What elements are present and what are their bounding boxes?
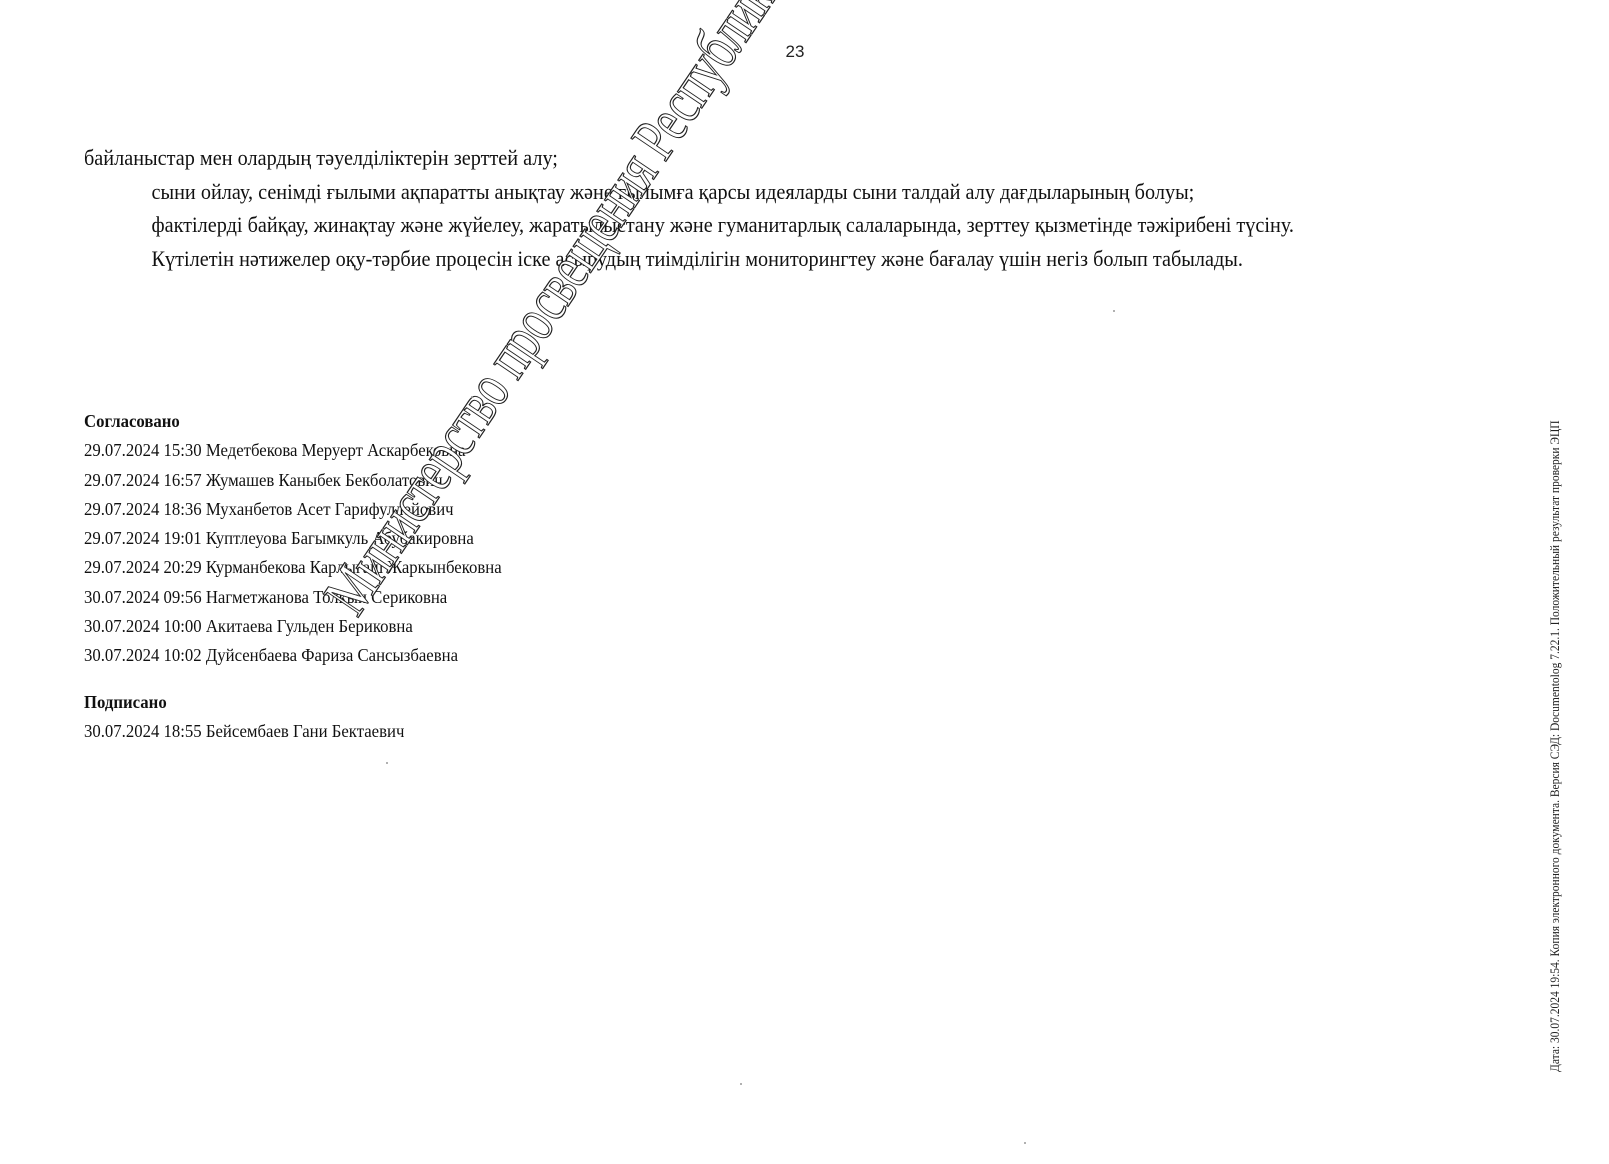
document-body: байланыстар мен олардың тәуелділіктерін … (84, 141, 1372, 275)
approval-entry: 29.07.2024 20:29 Курманбекова Карлыгаш Ж… (84, 553, 502, 582)
entry-name: Акитаева Гульден Бериковна (206, 616, 413, 636)
entry-datetime: 29.07.2024 19:01 (84, 528, 202, 548)
approval-entry: 29.07.2024 19:01 Куптлеуова Багымкуль Аб… (84, 524, 502, 553)
body-paragraph: байланыстар мен олардың тәуелділіктерін … (84, 141, 1515, 175)
signature-heading: Подписано (84, 688, 404, 717)
entry-datetime: 29.07.2024 16:57 (84, 470, 202, 490)
approval-entry: 30.07.2024 09:56 Нагметжанова Толкын Сер… (84, 583, 502, 612)
body-paragraph: сыни ойлау, сенімді ғылыми ақпаратты аны… (84, 175, 1515, 209)
page-number: 23 (0, 42, 1590, 62)
signature-block: Подписано 30.07.2024 18:55 Бейсембаев Га… (84, 688, 404, 747)
entry-datetime: 29.07.2024 20:29 (84, 557, 202, 577)
entry-datetime: 30.07.2024 18:55 (84, 721, 202, 741)
entry-datetime: 29.07.2024 15:30 (84, 440, 202, 460)
signature-list: 30.07.2024 18:55 Бейсембаев Гани Бектаев… (84, 717, 404, 746)
scan-speck (1024, 1142, 1026, 1144)
approval-entry: 30.07.2024 10:00 Акитаева Гульден Берико… (84, 612, 502, 641)
entry-datetime: 29.07.2024 18:36 (84, 499, 202, 519)
scan-speck (471, 396, 473, 398)
edms-verification-stamp: Дата: 30.07.2024 19:54. Копия электронно… (1548, 420, 1563, 1072)
entry-name: Бейсембаев Гани Бектаевич (206, 721, 405, 741)
body-paragraph: Күтілетін нәтижелер оқу-тәрбие процесін … (84, 242, 1515, 276)
entry-datetime: 30.07.2024 09:56 (84, 587, 202, 607)
scan-speck (386, 762, 388, 764)
entry-datetime: 30.07.2024 10:00 (84, 616, 202, 636)
entry-name: Дуйсенбаева Фариза Сансызбаевна (206, 645, 458, 665)
body-paragraph: фактілерді байқау, жинақтау және жүйелеу… (84, 208, 1515, 242)
watermark-stamp: Министерство просвещения Республики Каза… (309, 0, 1079, 628)
entry-datetime: 30.07.2024 10:02 (84, 645, 202, 665)
signature-entry: 30.07.2024 18:55 Бейсембаев Гани Бектаев… (84, 717, 404, 746)
scan-speck (1113, 310, 1115, 312)
scan-speck (740, 1083, 742, 1085)
approval-entry: 30.07.2024 10:02 Дуйсенбаева Фариза Санс… (84, 641, 502, 670)
